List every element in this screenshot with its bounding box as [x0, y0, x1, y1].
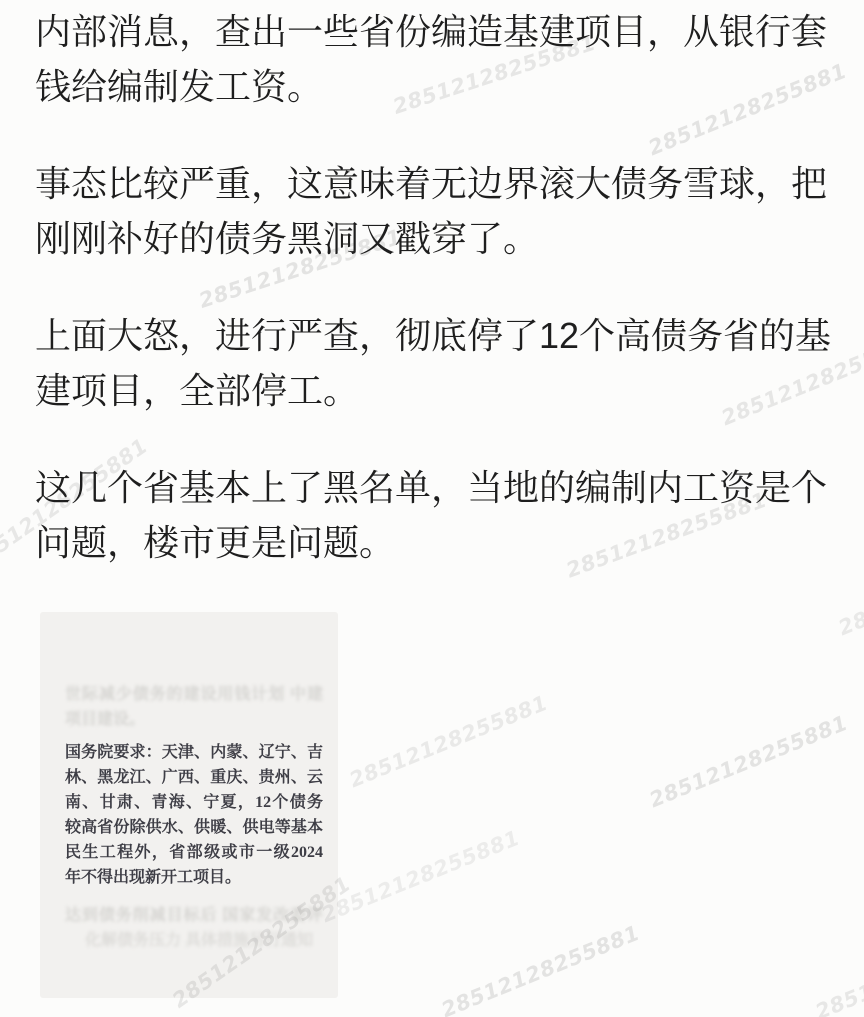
watermark-text: 28512128255881: [835, 539, 864, 641]
quote-text-line: 世际减少债务的建设用钱计划 中建: [65, 682, 323, 707]
quote-text-line: 国务院要求：天津、内蒙、辽宁、吉: [65, 740, 323, 765]
article-body: 内部消息，查出一些省份编造基建项目，从银行套钱给编制发工资。 事态比较严重，这意…: [35, 4, 837, 998]
blurred-text-block-top: 世际减少债务的建设用钱计划 中建项目建设。: [65, 682, 323, 732]
quote-main-text: 国务院要求：天津、内蒙、辽宁、吉林、黑龙江、广西、重庆、贵州、云南、甘肃、青海、…: [65, 740, 323, 890]
quote-text-line: 年不得出现新开工项目。: [65, 865, 323, 890]
article-paragraph: 事态比较严重，这意味着无边界滚大债务雪球，把刚刚补好的债务黑洞又戳穿了。: [35, 156, 837, 266]
quote-text-line: 较高省份除供水、供暖、供电等基本: [65, 815, 323, 840]
quote-text-line: 达到债务削减目标后 国家发改委评: [65, 903, 323, 928]
article-paragraph: 上面大怒，进行严查，彻底停了12个高债务省的基建项目，全部停工。: [35, 308, 837, 418]
quote-text-line: 项目建设。: [65, 707, 323, 732]
article-paragraph: 这几个省基本上了黑名单，当地的编制内工资是个问题，楼市更是问题。: [35, 460, 837, 570]
blurred-text-block-bottom: 达到债务削减目标后 国家发改委评化解债务压力 具体措施另行通知: [65, 903, 323, 953]
quote-text-line: 林、黑龙江、广西、重庆、贵州、云: [65, 765, 323, 790]
quote-screenshot-card[interactable]: 世际减少债务的建设用钱计划 中建项目建设。 国务院要求：天津、内蒙、辽宁、吉林、…: [40, 612, 338, 998]
quote-text-line: 南、甘肃、青海、宁夏，12个债务: [65, 790, 323, 815]
quote-text-line: 民生工程外，省部级或市一级2024: [65, 840, 323, 865]
article-paragraph: 内部消息，查出一些省份编造基建项目，从银行套钱给编制发工资。: [35, 4, 837, 114]
article-page: 内部消息，查出一些省份编造基建项目，从银行套钱给编制发工资。 事态比较严重，这意…: [0, 0, 864, 1017]
quote-text-line: 化解债务压力 具体措施另行通知: [65, 928, 323, 953]
